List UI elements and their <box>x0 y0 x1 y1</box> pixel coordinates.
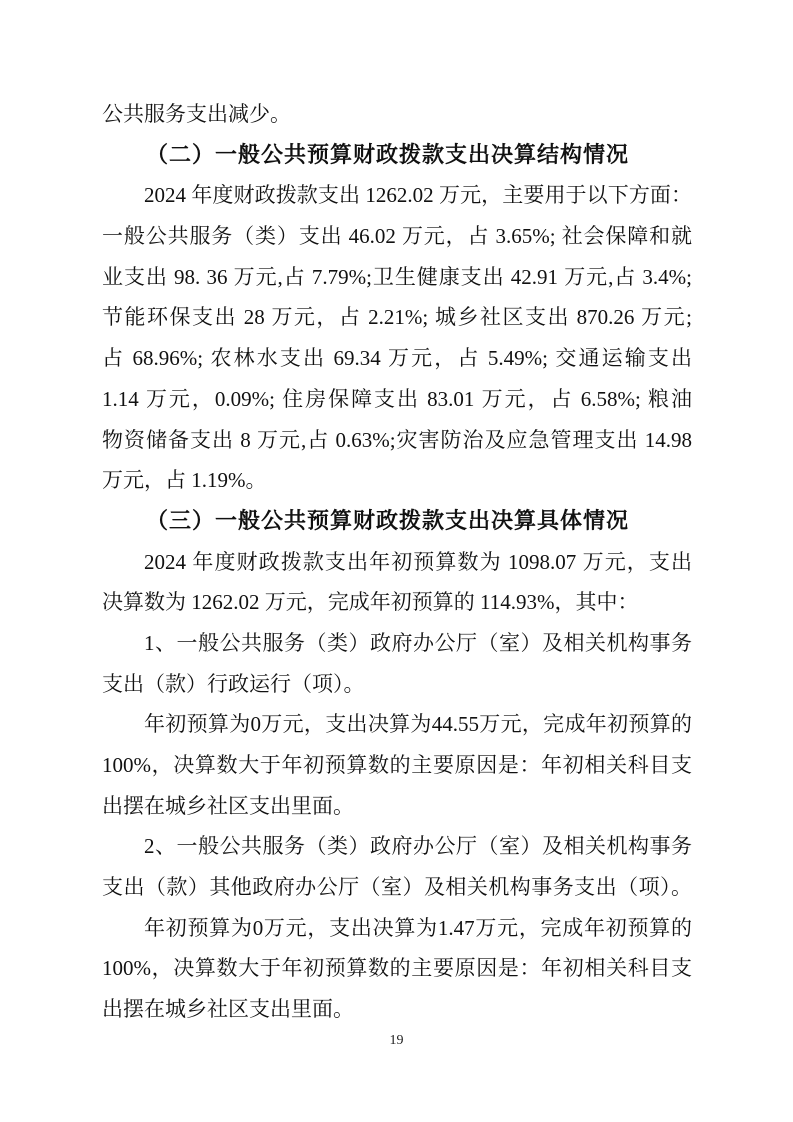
document-line: 100%，决算数大于年初预算数的主要原因是：年初相关科目支 <box>102 745 692 786</box>
document-line: 2、一般公共服务（类）政府办公厅（室）及相关机构事务 <box>102 826 692 867</box>
document-line: 物资储备支出 8 万元,占 0.63%;灾害防治及应急管理支出 14.98 <box>102 420 692 461</box>
document-line: 年初预算为0万元，支出决算为44.55万元，完成年初预算的 <box>102 704 692 745</box>
document-line: 2024 年度财政拨款支出 1262.02 万元，主要用于以下方面： <box>102 175 692 216</box>
document-body: 公共服务支出减少。 （二）一般公共预算财政拨款支出决算结构情况 2024 年度财… <box>102 94 692 1030</box>
page-number: 19 <box>0 1033 793 1049</box>
document-line: 节能环保支出 28 万元，占 2.21%; 城乡社区支出 870.26 万元; <box>102 297 692 338</box>
document-line: 2024 年度财政拨款支出年初预算数为 1098.07 万元，支出 <box>102 542 692 583</box>
document-line: 一般公共服务（类）支出 46.02 万元，占 3.65%; 社会保障和就 <box>102 216 692 257</box>
document-line: 1.14 万元，0.09%; 住房保障支出 83.01 万元，占 6.58%; … <box>102 379 692 420</box>
document-line: 占 68.96%; 农林水支出 69.34 万元，占 5.49%; 交通运输支出 <box>102 338 692 379</box>
section-heading-3: （三）一般公共预算财政拨款支出决算具体情况 <box>102 501 692 542</box>
document-line: 支出（款）其他政府办公厅（室）及相关机构事务支出（项）。 <box>102 867 692 908</box>
document-line: 业支出 98. 36 万元,占 7.79%;卫生健康支出 42.91 万元,占 … <box>102 257 692 298</box>
document-page: 公共服务支出减少。 （二）一般公共预算财政拨款支出决算结构情况 2024 年度财… <box>0 0 793 1122</box>
document-line: 出摆在城乡社区支出里面。 <box>102 786 692 827</box>
document-line: 100%，决算数大于年初预算数的主要原因是：年初相关科目支 <box>102 948 692 989</box>
document-line: 出摆在城乡社区支出里面。 <box>102 989 692 1030</box>
document-line: 决算数为 1262.02 万元，完成年初预算的 114.93%，其中： <box>102 582 692 623</box>
document-line: 1、一般公共服务（类）政府办公厅（室）及相关机构事务 <box>102 623 692 664</box>
section-heading-2: （二）一般公共预算财政拨款支出决算结构情况 <box>102 135 692 176</box>
document-line: 年初预算为0万元，支出决算为1.47万元，完成年初预算的 <box>102 908 692 949</box>
document-line: 公共服务支出减少。 <box>102 94 692 135</box>
document-line: 支出（款）行政运行（项）。 <box>102 664 692 705</box>
document-line: 万元，占 1.19%。 <box>102 460 692 501</box>
